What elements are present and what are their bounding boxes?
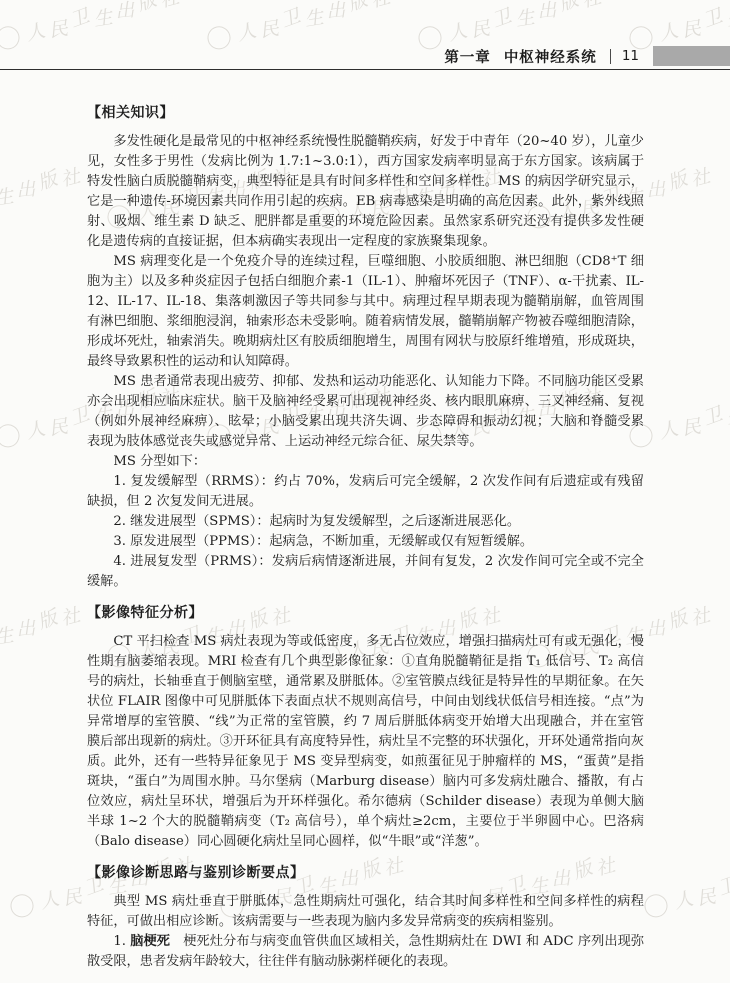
paragraph: 1. 复发缓解型（RRMS）：约占 70%，发病后可完全缓解，2 次发作间有后遗… — [87, 472, 644, 512]
list-lead-term: 脑梗死 — [130, 934, 170, 949]
watermark-text: 人民卫生出版社 — [656, 0, 730, 46]
paragraph: 多发性硬化是最常见的中枢神经系统慢性脱髓鞘疾病，好发于中青年（20~40 岁），… — [87, 132, 644, 252]
watermark-text: 人民卫生出版社 — [23, 0, 186, 46]
watermark-text: 人民卫生出版社 — [0, 160, 87, 225]
publisher-logo-icon — [8, 892, 36, 920]
paragraph: 3. 原发进展型（PPMS）：起病急，不断加重，无缓解或仅有短暂缓解。 — [87, 532, 644, 552]
publisher-watermark: 人民卫生出版社 — [642, 849, 730, 921]
watermark-text: 人民卫生出版社 — [445, 0, 608, 46]
list-number: 1. — [113, 934, 130, 949]
book-page: { "header": { "chapter": "第一章", "title":… — [0, 0, 730, 983]
publisher-watermark: 人民卫生出版社 — [0, 160, 87, 232]
paragraph: 4. 进展复发型（PRMS）：发病后病情逐渐进展，并间有复发，2 次发作间可完全… — [87, 552, 644, 592]
section-title: 中枢神经系统 — [504, 46, 597, 67]
paragraph: 典型 MS 病灶垂直于胼胝体，急性期病灶可强化，结合其时间多样性和空间多样性的病… — [87, 892, 644, 932]
watermark-text: 人民卫生出版社 — [0, 599, 87, 664]
running-head: 第一章 中枢神经系统 11 — [0, 45, 730, 67]
paragraph: MS 分型如下： — [87, 452, 644, 472]
section-heading: 【影像特征分析】 — [87, 603, 644, 623]
paragraph: MS 患者通常表现出疲劳、抑郁、发热和运动功能恶化、认知能力下降。不同脑功能区受… — [87, 372, 644, 452]
watermark-text: 人民卫生出版社 — [656, 379, 730, 444]
publisher-logo-icon — [642, 892, 670, 920]
section-heading: 【相关知识】 — [87, 103, 644, 123]
page-number: 11 — [622, 48, 639, 64]
header-divider — [610, 49, 611, 64]
paragraph: CT 平扫检查 MS 病灶表现为等或低密度，多无占位效应，增强扫描病灶可有或无强… — [87, 632, 644, 852]
paragraph: MS 病理变化是一个免疫介导的连续过程，巨噬细胞、小胶质细胞、淋巴细胞（CD8⁺… — [87, 252, 644, 372]
publisher-watermark: 人民卫生出版社 — [0, 599, 87, 671]
publisher-logo-icon — [0, 422, 22, 450]
content-area: 【相关知识】多发性硬化是最常见的中枢神经系统慢性脱髓鞘疾病，好发于中青年（20~… — [87, 92, 644, 972]
paragraph: 1. 脑梗死 梗死灶分布与病变血管供血区域相关，急性期病灶在 DWI 和 ADC… — [87, 932, 644, 972]
watermark-text: 人民卫生出版社 — [234, 0, 397, 46]
chapter-label: 第一章 — [444, 46, 491, 67]
header-rule — [0, 69, 730, 70]
header-gray-block — [653, 46, 730, 66]
paragraph: 2. 继发进展型（SPMS）：起病时为复发缓解型，之后逐渐进展恶化。 — [87, 512, 644, 532]
watermark-text: 人民卫生出版社 — [671, 849, 730, 914]
section-heading: 【影像诊断思路与鉴别诊断要点】 — [87, 863, 644, 883]
